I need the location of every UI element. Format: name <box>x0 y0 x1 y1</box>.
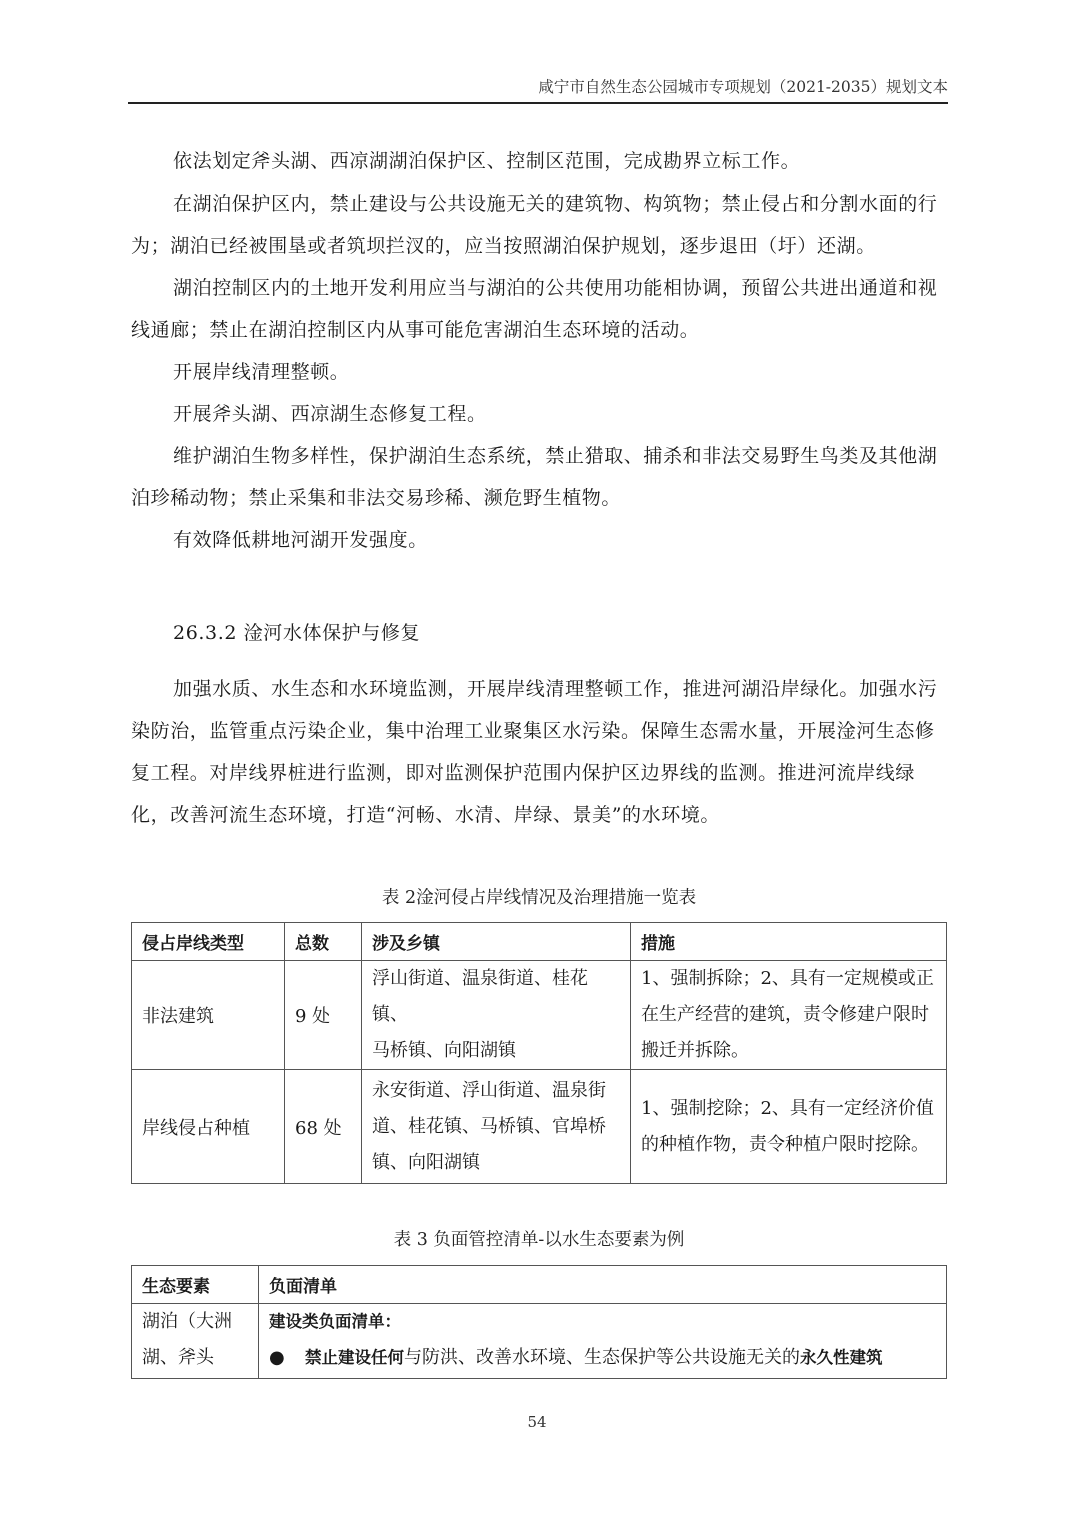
header-cell: 生态要素 <box>132 1266 259 1304</box>
table-row: 岸线侵占种植 68 处 永安街道、浮山街道、温泉街 道、桂花镇、马桥镇、官埠桥 … <box>132 1070 947 1184</box>
list-title-text: 建设类负面清单： <box>269 1312 401 1331</box>
header-cell: 措施 <box>631 923 947 961</box>
header-cell: 负面清单 <box>259 1266 947 1304</box>
cell-towns: 永安街道、浮山街道、温泉街 道、桂花镇、马桥镇、官埠桥 镇、向阳湖镇 <box>362 1070 631 1184</box>
list-item: ●禁止建设任何与防洪、改善水环境、生态保护等公共设施无关的永久性建筑 <box>269 1340 936 1376</box>
cell-element: 湖泊（大洲 湖、斧头 <box>132 1304 259 1379</box>
paragraph: 维护湖泊生物多样性，保护湖泊生态系统，禁止猎取、捕杀和非法交易野生鸟类及其他湖泊… <box>131 435 947 519</box>
bullet-icon: ● <box>269 1340 305 1376</box>
header-cell: 总数 <box>285 923 362 961</box>
cell-line: 浮山街道、温泉街道、桂花镇、 <box>372 961 620 1033</box>
header-cell: 涉及乡镇 <box>362 923 631 961</box>
cell-line: 的种植作物，责令种植户限时挖除。 <box>641 1127 936 1163</box>
table-header-row: 侵占岸线类型 总数 涉及乡镇 措施 <box>132 923 947 961</box>
cell-towns: 浮山街道、温泉街道、桂花镇、 马桥镇、向阳湖镇 <box>362 961 631 1070</box>
cell-negative-list: 建设类负面清单： ●禁止建设任何与防洪、改善水环境、生态保护等公共设施无关的永久… <box>259 1304 947 1379</box>
section-heading-text: 26.3.2 淦河水体保护与修复 <box>131 612 947 654</box>
section-heading: 26.3.2 淦河水体保护与修复 <box>131 612 947 654</box>
cell-line: 在生产经营的建筑，责令修建户限时 <box>641 997 936 1033</box>
table-negative-list: 生态要素 负面清单 湖泊（大洲 湖、斧头 建设类负面清单： ●禁止建设任何与防洪… <box>131 1265 947 1379</box>
cell-line: 马桥镇、向阳湖镇 <box>372 1033 620 1069</box>
header-cell: 侵占岸线类型 <box>132 923 285 961</box>
paragraph: 有效降低耕地河湖开发强度。 <box>131 519 947 561</box>
cell-measures: 1、强制挖除；2、具有一定经济价值 的种植作物，责令种植户限时挖除。 <box>631 1070 947 1184</box>
list-title: 建设类负面清单： <box>269 1304 936 1340</box>
item-text: 与防洪、改善水环境、生态保护等公共设施无关的 <box>404 1347 800 1368</box>
paragraph: 开展斧头湖、西凉湖生态修复工程。 <box>131 393 947 435</box>
page-number: 54 <box>0 1413 1074 1431</box>
cell-line: 1、强制挖除；2、具有一定经济价值 <box>641 1091 936 1127</box>
paragraph: 在湖泊保护区内，禁止建设与公共设施无关的建筑物、构筑物；禁止侵占和分割水面的行为… <box>131 183 947 267</box>
cell-line: 镇、向阳湖镇 <box>372 1145 620 1181</box>
table-header-row: 生态要素 负面清单 <box>132 1266 947 1304</box>
paragraph: 开展岸线清理整顿。 <box>131 351 947 393</box>
cell-type: 岸线侵占种植 <box>132 1070 285 1184</box>
table2-caption: 表 2淦河侵占岸线情况及治理措施一览表 <box>131 884 947 909</box>
bold-text: 永久性建筑 <box>800 1348 883 1367</box>
table-row: 湖泊（大洲 湖、斧头 建设类负面清单： ●禁止建设任何与防洪、改善水环境、生态保… <box>132 1304 947 1379</box>
cell-line: 湖、斧头 <box>142 1340 248 1376</box>
cell-count: 9 处 <box>285 961 362 1070</box>
cell-type: 非法建筑 <box>132 961 285 1070</box>
running-header: 咸宁市自然生态公园城市专项规划（2021-2035）规划文本 <box>128 76 948 104</box>
table3-caption: 表 3 负面管控清单-以水生态要素为例 <box>131 1226 947 1251</box>
table-row: 非法建筑 9 处 浮山街道、温泉街道、桂花镇、 马桥镇、向阳湖镇 1、强制拆除；… <box>132 961 947 1070</box>
cell-measures: 1、强制拆除；2、具有一定规模或正 在生产经营的建筑，责令修建户限时 搬迁并拆除… <box>631 961 947 1070</box>
bold-text: 禁止建设任何 <box>305 1348 404 1367</box>
table-encroachment-measures: 侵占岸线类型 总数 涉及乡镇 措施 非法建筑 9 处 浮山街道、温泉街道、桂花镇… <box>131 922 947 1184</box>
cell-line: 永安街道、浮山街道、温泉街 <box>372 1073 620 1109</box>
paragraph: 湖泊控制区内的土地开发利用应当与湖泊的公共使用功能相协调，预留公共进出通道和视线… <box>131 267 947 351</box>
cell-line: 湖泊（大洲 <box>142 1304 248 1340</box>
body-section-lake-protection: 依法划定斧头湖、西凉湖湖泊保护区、控制区范围，完成勘界立标工作。 在湖泊保护区内… <box>131 140 947 561</box>
paragraph: 加强水质、水生态和水环境监测，开展岸线清理整顿工作，推进河湖沿岸绿化。加强水污染… <box>131 668 947 836</box>
cell-line: 道、桂花镇、马桥镇、官埠桥 <box>372 1109 620 1145</box>
body-section-river: 加强水质、水生态和水环境监测，开展岸线清理整顿工作，推进河湖沿岸绿化。加强水污染… <box>131 668 947 836</box>
cell-line: 1、强制拆除；2、具有一定规模或正 <box>641 961 936 997</box>
cell-count: 68 处 <box>285 1070 362 1184</box>
paragraph: 依法划定斧头湖、西凉湖湖泊保护区、控制区范围，完成勘界立标工作。 <box>131 140 947 182</box>
cell-line: 搬迁并拆除。 <box>641 1033 936 1069</box>
